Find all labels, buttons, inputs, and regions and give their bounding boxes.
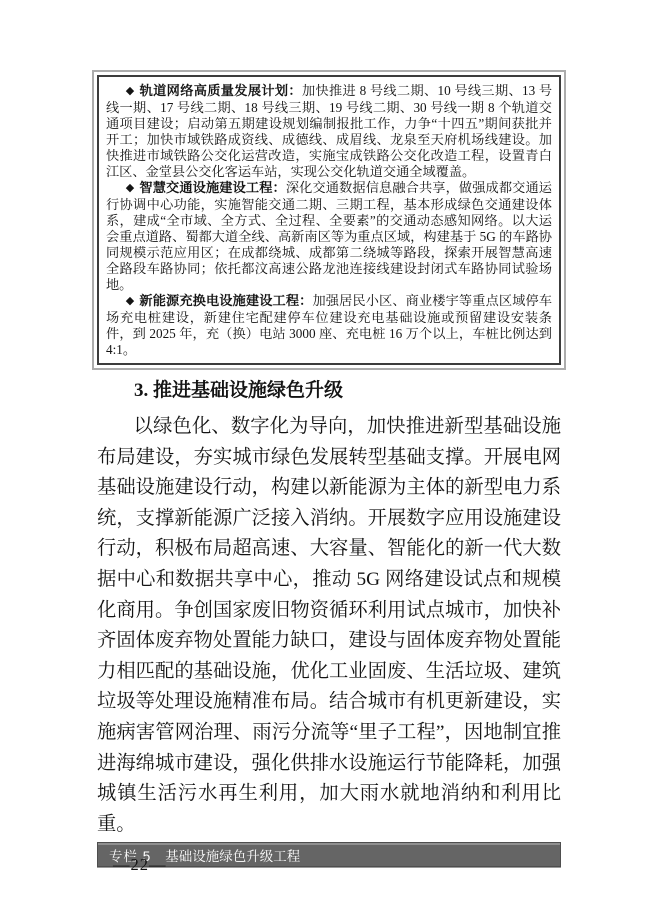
diamond-bullet-icon: ◆ [126,182,135,194]
banner-title: 基础设施绿色升级工程 [165,845,300,865]
page-content: ◆轨道网络高质量发展计划：加快推进 8 号线二期、10 号线三期、13 号线一期… [97,75,561,867]
document-page: ◆轨道网络高质量发展计划：加快推进 8 号线二期、10 号线三期、13 号线一期… [0,0,650,919]
box-item-text: 深化交通数据信息融合共享，做强成都交通运行协调中心功能，实施智能交通二期、三期工… [106,180,552,292]
diamond-bullet-icon: ◆ [126,295,135,307]
box-item-ev-charging: ◆新能源充换电设施建设工程：加强居民小区、商业楼宇等重点区域停车场充电桩建设，新… [106,293,552,358]
section-heading: 3. 推进基础设施绿色升级 [97,378,561,404]
box-item-title: 轨道网络高质量发展计划： [140,83,302,98]
project-callout-box: ◆轨道网络高质量发展计划：加快推进 8 号线二期、10 号线三期、13 号线一期… [97,75,561,365]
section-paragraph: 以绿色化、数字化为导向，加快推进新型基础设施布局建设，夯实城市绿色发展转型基础支… [97,412,561,840]
box-item-title: 新能源充换电设施建设工程： [139,293,312,308]
box-item-rail-network: ◆轨道网络高质量发展计划：加快推进 8 号线二期、10 号线三期、13 号线一期… [106,83,552,180]
box-item-smart-transport: ◆智慧交通设施建设工程：深化交通数据信息融合共享，做强成都交通运行协调中心功能，… [106,180,552,293]
box-item-title: 智慧交通设施建设工程： [139,180,285,195]
diamond-bullet-icon: ◆ [126,85,135,97]
page-number: —22— [113,855,167,875]
